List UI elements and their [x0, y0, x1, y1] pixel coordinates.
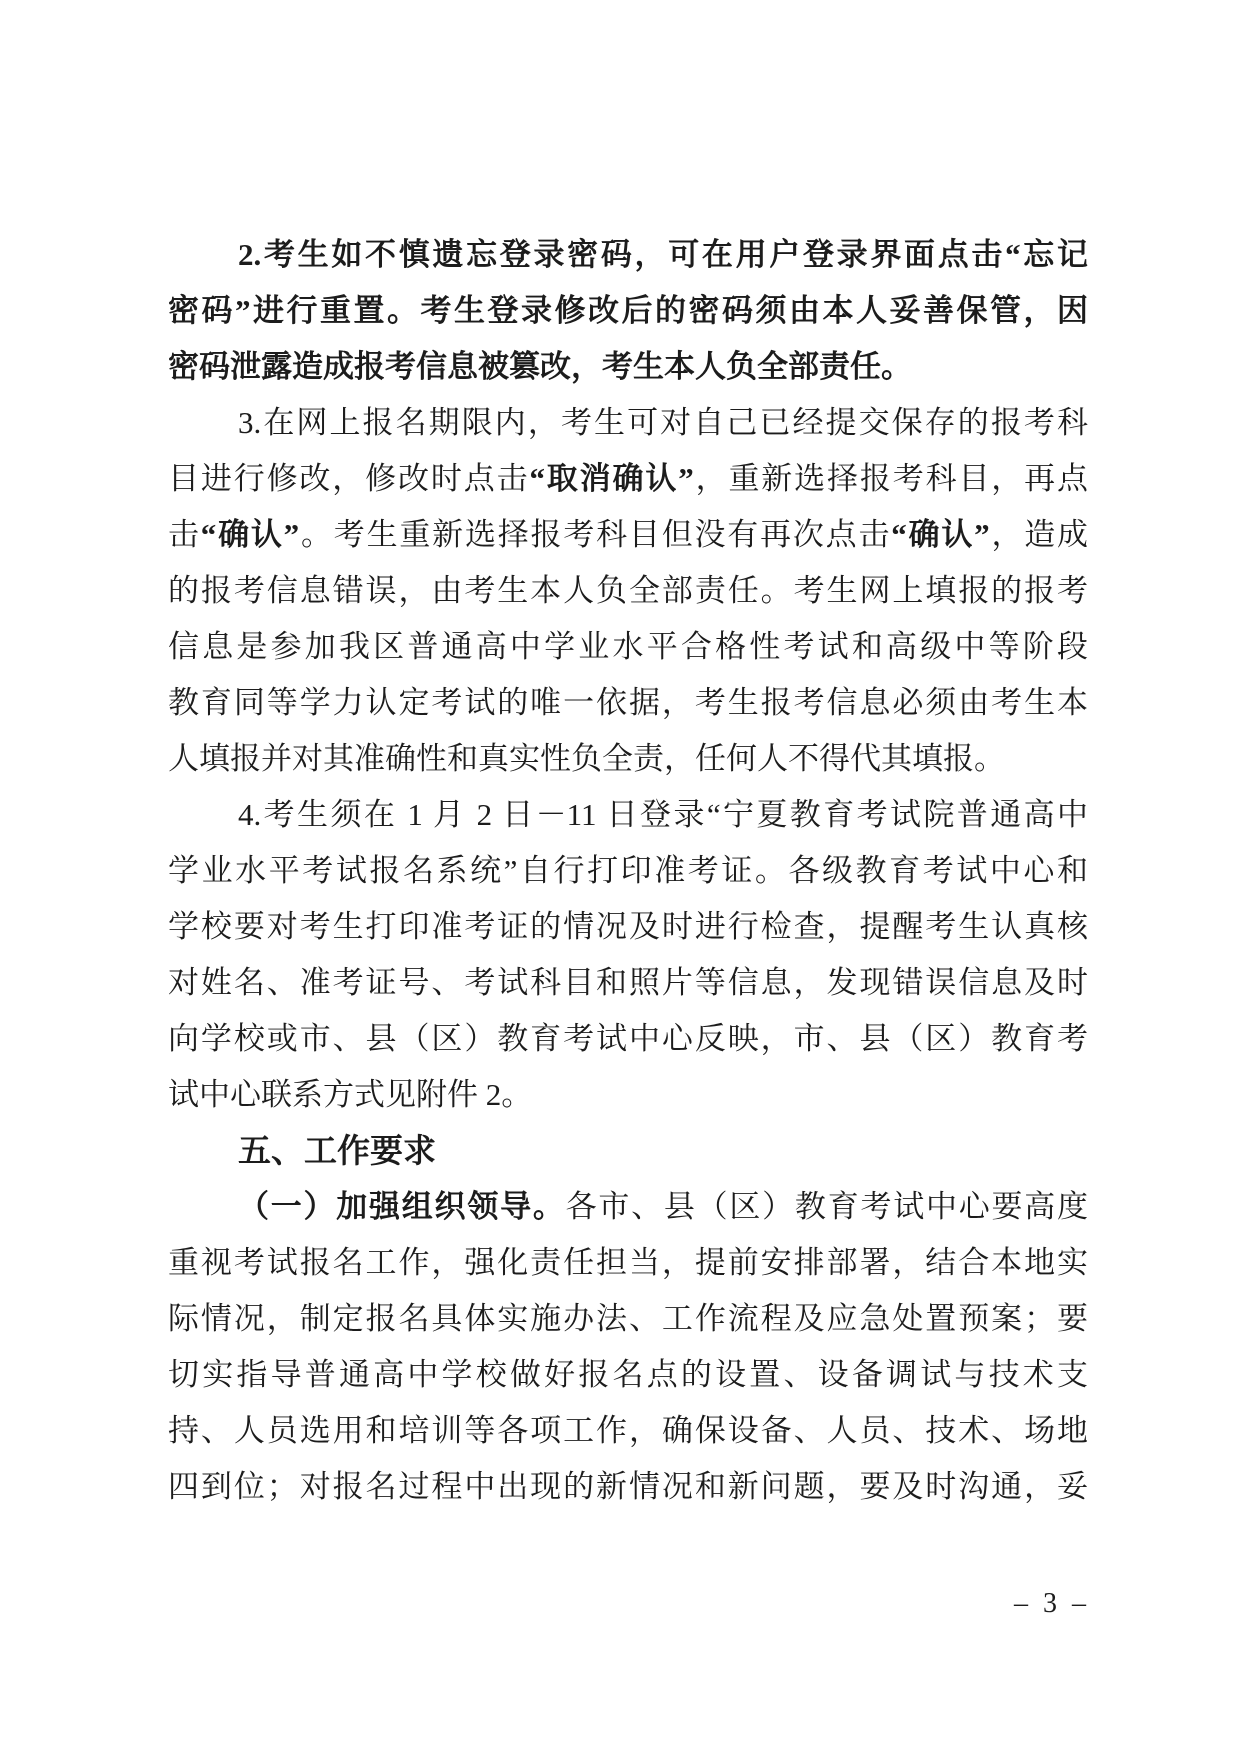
page-number: – 3 – [1014, 1584, 1090, 1624]
section-heading: 五、工作要求 [168, 1123, 1088, 1179]
text-line: 密码泄露造成报考信息被篡改，考生本人负全部责任。 [168, 339, 1088, 395]
text-line: 2.考生如不慎遗忘登录密码，可在用户登录界面点击“忘记 [168, 227, 1088, 283]
text-run: ，造成 [990, 517, 1088, 552]
text-run: ，重新选择报考科目，再点 [694, 461, 1088, 496]
text-line: 对姓名、准考证号、考试科目和照片等信息，发现错误信息及时 [168, 955, 1088, 1011]
document-page: 2.考生如不慎遗忘登录密码，可在用户登录界面点击“忘记 密码”进行重置。考生登录… [0, 0, 1240, 1753]
emphasis-run: “确认” [201, 517, 299, 552]
text-line: （一）加强组织领导。各市、县（区）教育考试中心要高度 [168, 1179, 1088, 1235]
text-line: 际情况，制定报名具体实施办法、工作流程及应急处置预案；要 [168, 1291, 1088, 1347]
text-line: 密码”进行重置。考生登录修改后的密码须由本人妥善保管，因 [168, 283, 1088, 339]
text-line: 四到位；对报名过程中出现的新情况和新问题，要及时沟通，妥 [168, 1459, 1088, 1515]
text-line: 持、人员选用和培训等各项工作，确保设备、人员、技术、场地 [168, 1403, 1088, 1459]
emphasis-run: “取消确认” [529, 461, 693, 496]
emphasis-run: （一）加强组织领导。 [238, 1189, 566, 1224]
text-line: 切实指导普通高中学校做好报名点的设置、设备调试与技术支 [168, 1347, 1088, 1403]
document-body: 2.考生如不慎遗忘登录密码，可在用户登录界面点击“忘记 密码”进行重置。考生登录… [168, 227, 1088, 1515]
text-line: 3.在网上报名期限内，考生可对自己已经提交保存的报考科 [168, 395, 1088, 451]
text-run: 击 [168, 517, 201, 552]
text-run: 各市、县（区）教育考试中心要高度 [566, 1189, 1088, 1224]
emphasis-run: “确认” [891, 517, 989, 552]
text-line: 4.考生须在 1 月 2 日－11 日登录“宁夏教育考试院普通高中 [168, 787, 1088, 843]
text-run: 目进行修改，修改时点击 [168, 461, 529, 496]
text-line: 目进行修改，修改时点击“取消确认”，重新选择报考科目，再点 [168, 451, 1088, 507]
text-line: 学校要对考生打印准考证的情况及时进行检查，提醒考生认真核 [168, 899, 1088, 955]
text-line: 人填报并对其准确性和真实性负全责，任何人不得代其填报。 [168, 731, 1088, 787]
text-line: 信息是参加我区普通高中学业水平合格性考试和高级中等阶段 [168, 619, 1088, 675]
text-line: 向学校或市、县（区）教育考试中心反映，市、县（区）教育考 [168, 1011, 1088, 1067]
text-line: 重视考试报名工作，强化责任担当，提前安排部署，结合本地实 [168, 1235, 1088, 1291]
text-line: 的报考信息错误，由考生本人负全部责任。考生网上填报的报考 [168, 563, 1088, 619]
text-line: 教育同等学力认定考试的唯一依据，考生报考信息必须由考生本 [168, 675, 1088, 731]
text-run: 。考生重新选择报考科目但没有再次点击 [299, 517, 891, 552]
text-line: 试中心联系方式见附件 2。 [168, 1067, 1088, 1123]
text-line: 学业水平考试报名系统”自行打印准考证。各级教育考试中心和 [168, 843, 1088, 899]
text-line: 击“确认”。考生重新选择报考科目但没有再次点击“确认”，造成 [168, 507, 1088, 563]
